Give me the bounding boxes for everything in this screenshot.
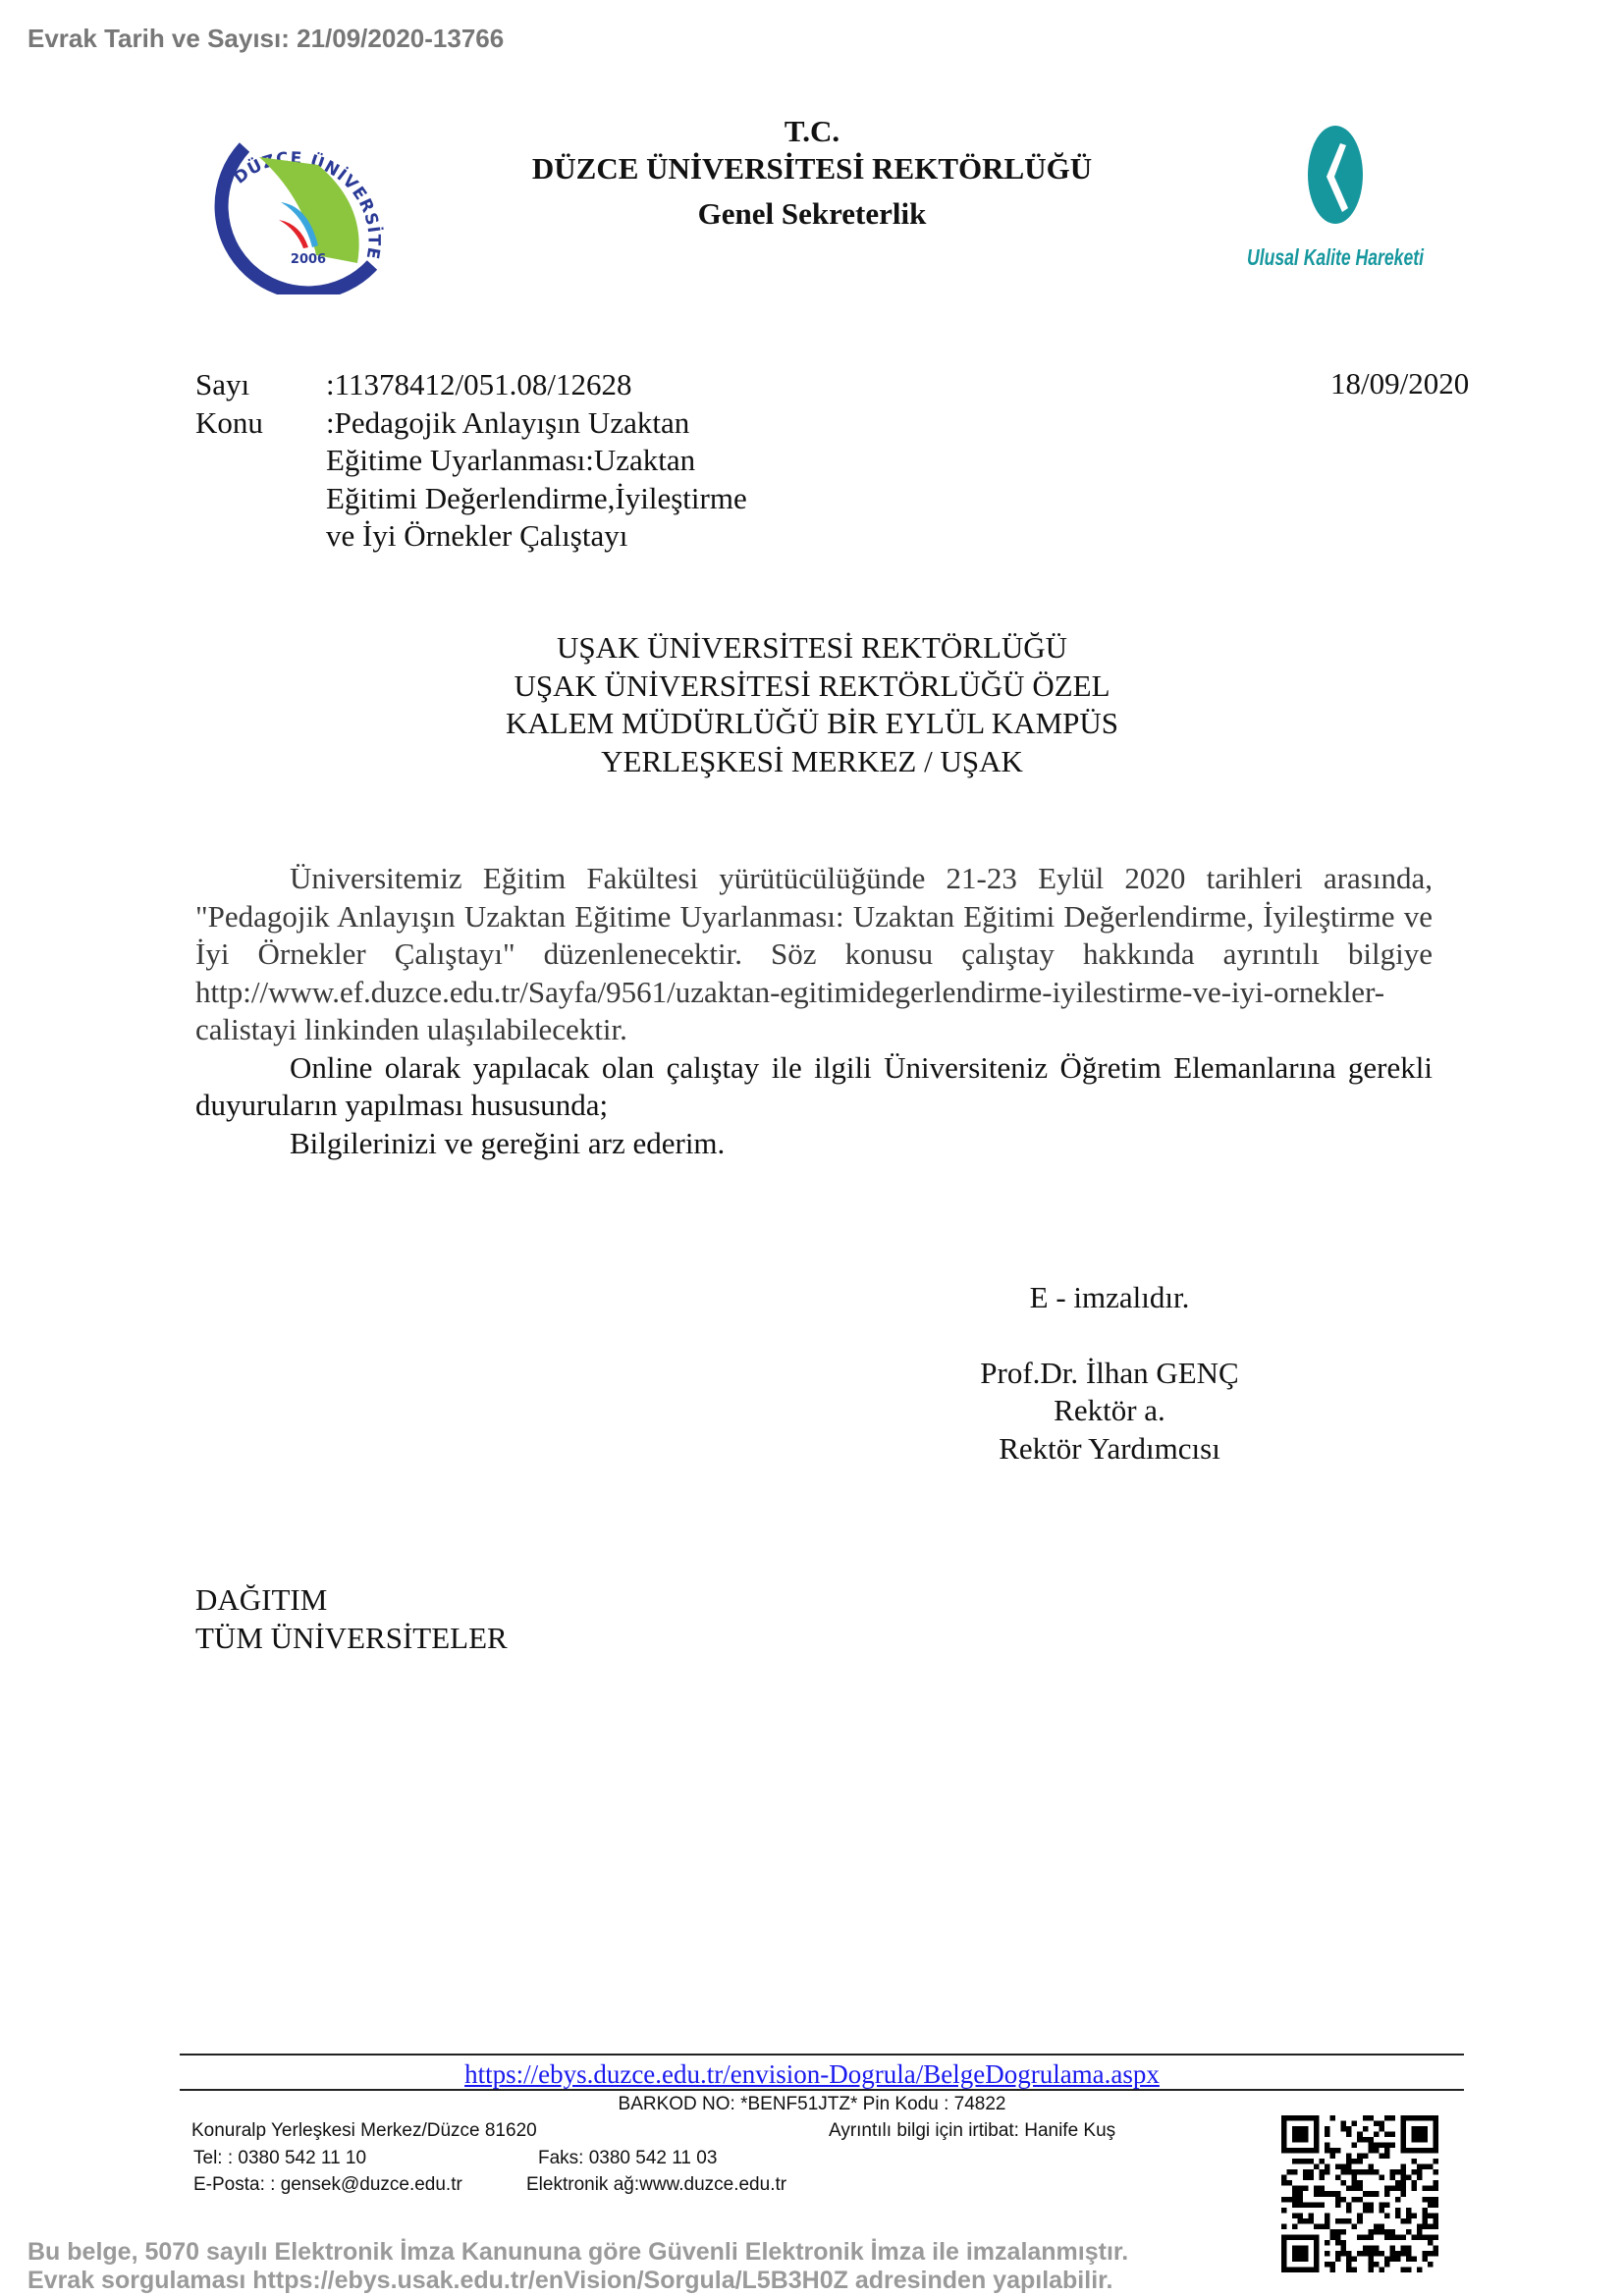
footer-fax: Faks: 0380 542 11 03 xyxy=(538,2148,717,2169)
sayi-label: Sayı xyxy=(195,366,263,404)
konu-line: :Pedagojik Anlayışın Uzaktan xyxy=(326,404,747,443)
qr-code-icon xyxy=(1281,2115,1438,2272)
footer-address: Konuralp Yerleşkesi Merkez/Düzce 81620 xyxy=(191,2120,537,2142)
distribution-value: TÜM ÜNİVERSİTELER xyxy=(195,1620,508,1658)
document-date: 18/09/2020 xyxy=(1330,366,1469,401)
footer-contact: Ayrıntılı bilgi için irtibat: Hanife Kuş xyxy=(829,2120,1115,2142)
footer-phone: Tel: : 0380 542 11 10 xyxy=(193,2148,366,2169)
body-paragraph-3: Bilgilerinizi ve gereğini arz ederim. xyxy=(195,1125,1433,1163)
footer-divider-bottom xyxy=(180,2089,1464,2091)
body-paragraph-1: Üniversitemiz Eğitim Fakültesi yürütücül… xyxy=(195,860,1433,1049)
konu-line: Eğitime Uyarlanması:Uzaktan xyxy=(326,442,747,480)
e-signature-status: E - imzalıdır. xyxy=(903,1279,1316,1317)
legal-notice: Bu belge, 5070 sayılı Elektronik İmza Ka… xyxy=(27,2238,1128,2295)
signatory-name: Prof.Dr. İlhan GENÇ xyxy=(903,1355,1316,1393)
svg-text:Ulusal Kalite Hareketi: Ulusal Kalite Hareketi xyxy=(1247,244,1424,270)
recipient-line: YERLEŞKESİ MERKEZ / UŞAK xyxy=(0,743,1624,781)
distribution-block: DAĞITIM TÜM ÜNİVERSİTELER xyxy=(195,1581,508,1657)
document-date-number: Evrak Tarih ve Sayısı: 21/09/2020-13766 xyxy=(27,24,504,54)
letterhead-university: DÜZCE ÜNİVERSİTESİ REKTÖRLÜĞÜ xyxy=(0,151,1624,187)
letterhead-tc: T.C. xyxy=(0,114,1624,149)
footer-website: Elektronik ağ:www.duzce.edu.tr xyxy=(526,2174,786,2196)
konu-line: Eğitimi Değerlendirme,İyileştirme xyxy=(326,480,747,518)
meta-values: :11378412/051.08/12628 :Pedagojik Anlayı… xyxy=(326,366,747,556)
recipient-block: UŞAK ÜNİVERSİTESİ REKTÖRLÜĞÜ UŞAK ÜNİVER… xyxy=(0,629,1624,780)
recipient-line: KALEM MÜDÜRLÜĞÜ BİR EYLÜL KAMPÜS xyxy=(0,705,1624,743)
footer-email: E-Posta: : gensek@duzce.edu.tr xyxy=(193,2174,462,2196)
letterhead-unit: Genel Sekreterlik xyxy=(0,196,1624,232)
sayi-value: :11378412/051.08/12628 xyxy=(326,366,747,404)
recipient-line: UŞAK ÜNİVERSİTESİ REKTÖRLÜĞÜ xyxy=(0,629,1624,667)
legal-line: Bu belge, 5070 sayılı Elektronik İmza Ka… xyxy=(27,2238,1128,2267)
body-paragraph-2: Online olarak yapılacak olan çalıştay il… xyxy=(195,1049,1433,1125)
meta-labels: Sayı Konu xyxy=(195,366,263,442)
distribution-label: DAĞITIM xyxy=(195,1581,508,1620)
signatory-title: Rektör Yardımcısı xyxy=(903,1430,1316,1468)
letter-body: Üniversitemiz Eğitim Fakültesi yürütücül… xyxy=(195,860,1433,1162)
signatory-title: Rektör a. xyxy=(903,1392,1316,1430)
konu-line: ve İyi Örnekler Çalıştayı xyxy=(326,517,747,556)
svg-text:2006: 2006 xyxy=(291,252,326,267)
legal-line: Evrak sorgulaması https://ebys.usak.edu.… xyxy=(27,2267,1128,2295)
barcode-pin: BARKOD NO: *BENF51JTZ* Pin Kodu : 74822 xyxy=(0,2094,1624,2115)
konu-label: Konu xyxy=(195,404,263,443)
footer-divider-top xyxy=(180,2054,1464,2056)
recipient-line: UŞAK ÜNİVERSİTESİ REKTÖRLÜĞÜ ÖZEL xyxy=(0,667,1624,706)
signature-block: E - imzalıdır. Prof.Dr. İlhan GENÇ Rektö… xyxy=(903,1279,1316,1468)
verification-link[interactable]: https://ebys.duzce.edu.tr/envision-Dogru… xyxy=(0,2059,1624,2090)
